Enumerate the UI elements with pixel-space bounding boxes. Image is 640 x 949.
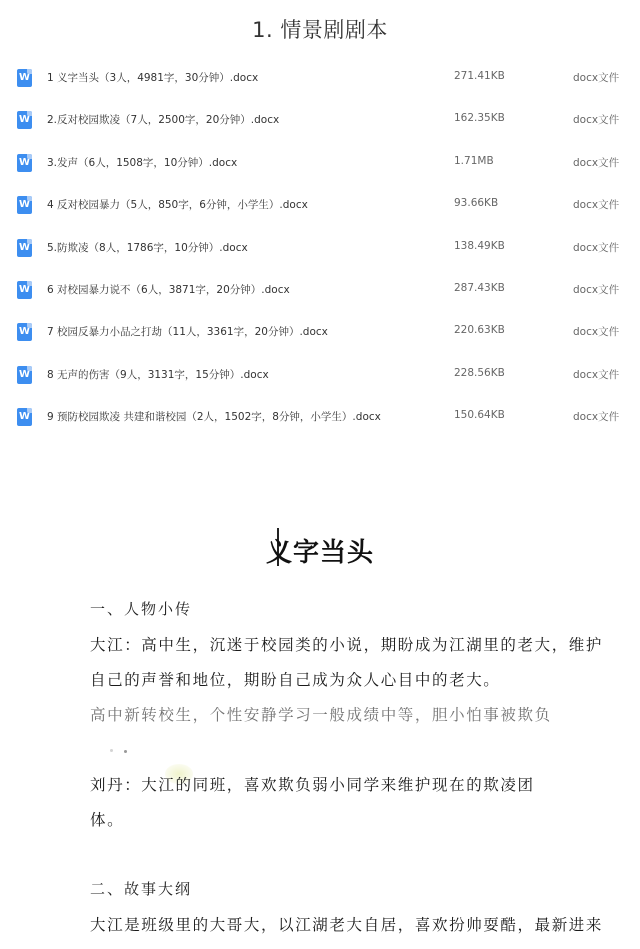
- file-row[interactable]: W 7 校园反暴力小品之打劫（11人，3361字，20分钟）.docx 220.…: [0, 316, 640, 358]
- file-size: 93.66KB: [454, 197, 498, 209]
- file-row[interactable]: W 6 对校园暴力说不（6人，3871字，20分钟）.docx 287.43KB…: [0, 274, 640, 316]
- file-row[interactable]: W 2.反对校园欺凌（7人，2500字，20分钟）.docx 162.35KB …: [0, 104, 640, 146]
- file-name[interactable]: 9 预防校园欺凌 共建和谐校园（2人，1502字，8分钟，小学生）.docx: [47, 409, 381, 424]
- file-name[interactable]: 1 义字当头（3人，4981字，30分钟）.docx: [47, 70, 258, 85]
- word-doc-icon: W: [17, 239, 32, 257]
- file-type: docx文件: [573, 240, 619, 255]
- file-row[interactable]: W 9 预防校园欺凌 共建和谐校园（2人，1502字，8分钟，小学生）.docx…: [0, 401, 640, 443]
- section-heading: 二、故事大纲: [90, 878, 192, 899]
- scan-artifact: [124, 750, 127, 753]
- file-size: 271.41KB: [454, 70, 505, 82]
- file-type: docx文件: [573, 282, 619, 297]
- file-type: docx文件: [573, 409, 619, 424]
- paragraph-line: 高中新转校生，个性安静学习一般成绩中等，胆小怕事被欺负: [90, 703, 552, 725]
- paragraph-line: 自己的声誉和地位，期盼自己成为众人心目中的老大。: [90, 668, 500, 690]
- file-size: 162.35KB: [454, 112, 505, 124]
- file-type: docx文件: [573, 112, 619, 127]
- file-name[interactable]: 6 对校园暴力说不（6人，3871字，20分钟）.docx: [47, 282, 290, 297]
- word-doc-icon: W: [17, 323, 32, 341]
- file-type: docx文件: [573, 367, 619, 382]
- word-doc-icon: W: [17, 196, 32, 214]
- file-name[interactable]: 5.防欺凌（8人，1786字，10分钟）.docx: [47, 240, 248, 255]
- section-heading: 一、人物小传: [90, 598, 192, 619]
- file-size: 150.64KB: [454, 409, 505, 421]
- file-size: 138.49KB: [454, 240, 505, 252]
- paragraph-line: 体。: [90, 808, 124, 830]
- word-doc-icon: W: [17, 281, 32, 299]
- file-name[interactable]: 2.反对校园欺凌（7人，2500字，20分钟）.docx: [47, 112, 279, 127]
- file-size: 228.56KB: [454, 367, 505, 379]
- file-name[interactable]: 7 校园反暴力小品之打劫（11人，3361字，20分钟）.docx: [47, 324, 328, 339]
- file-list: W 1 义字当头（3人，4981字，30分钟）.docx 271.41KB do…: [0, 62, 640, 444]
- file-size: 220.63KB: [454, 324, 505, 336]
- paragraph-line: 大江是班级里的大哥大，以江湖老大自居，喜欢扮帅耍酷，最新进来: [90, 913, 603, 935]
- file-row[interactable]: W 5.防欺凌（8人，1786字，10分钟）.docx 138.49KB doc…: [0, 232, 640, 274]
- file-name[interactable]: 8 无声的伤害（9人，3131字，15分钟）.docx: [47, 367, 269, 382]
- file-name[interactable]: 3.发声（6人，1508字，10分钟）.docx: [47, 155, 237, 170]
- section-title: 1. 情景剧剧本: [0, 14, 640, 44]
- scan-artifact: [110, 749, 113, 752]
- paragraph-line: 大江：高中生，沉迷于校园类的小说，期盼成为江湖里的老大，维护: [90, 633, 603, 655]
- file-type: docx文件: [573, 70, 619, 85]
- file-size: 287.43KB: [454, 282, 505, 294]
- file-row[interactable]: W 1 义字当头（3人，4981字，30分钟）.docx 271.41KB do…: [0, 62, 640, 104]
- word-doc-icon: W: [17, 408, 32, 426]
- file-row[interactable]: W 8 无声的伤害（9人，3131字，15分钟）.docx 228.56KB d…: [0, 359, 640, 401]
- word-doc-icon: W: [17, 366, 32, 384]
- document-preview: 义字当头 一、人物小传 大江：高中生，沉迷于校园类的小说，期盼成为江湖里的老大，…: [0, 520, 640, 949]
- file-name[interactable]: 4 反对校园暴力（5人，850字，6分钟，小学生）.docx: [47, 197, 308, 212]
- word-doc-icon: W: [17, 154, 32, 172]
- file-row[interactable]: W 4 反对校园暴力（5人，850字，6分钟，小学生）.docx 93.66KB…: [0, 189, 640, 231]
- file-type: docx文件: [573, 324, 619, 339]
- word-doc-icon: W: [17, 111, 32, 129]
- file-type: docx文件: [573, 197, 619, 212]
- file-size: 1.71MB: [454, 155, 494, 167]
- file-row[interactable]: W 3.发声（6人，1508字，10分钟）.docx 1.71MB docx文件: [0, 147, 640, 189]
- word-doc-icon: W: [17, 69, 32, 87]
- file-type: docx文件: [573, 155, 619, 170]
- document-title: 义字当头: [0, 532, 640, 569]
- paragraph-line: 刘丹：大江的同班，喜欢欺负弱小同学来维护现在的欺凌团: [90, 773, 535, 795]
